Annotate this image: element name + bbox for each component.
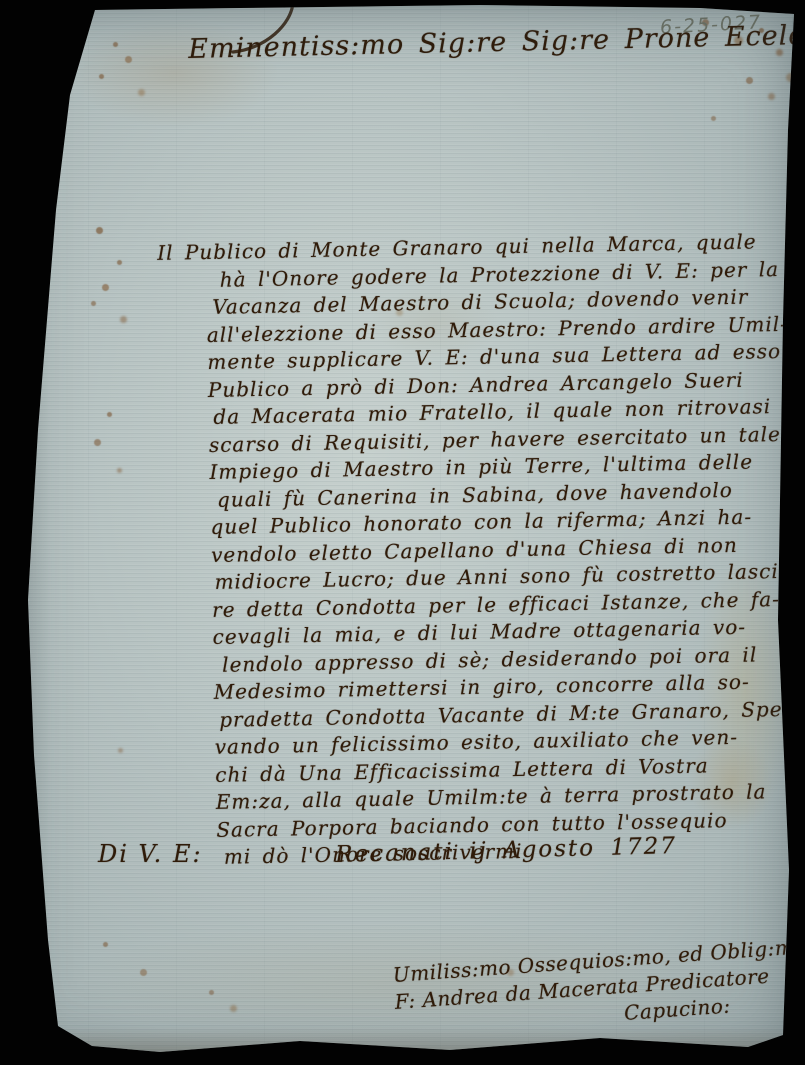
signature-block: Umiliss:mo Ossequios:mo, ed Oblig:mo Ser…: [392, 934, 797, 1043]
letter-page: 6-25-027 Eminentiss:mo Sig:re Sig:re Pro…: [0, 0, 805, 1065]
scan-background: 6-25-027 Eminentiss:mo Sig:re Sig:re Pro…: [0, 0, 805, 1065]
foxing-spots: [0, 0, 5, 5]
letter-body: Il Publico di Monte Granaro qui nella Ma…: [205, 228, 792, 871]
closing-abbreviation: Di V. E:: [98, 840, 203, 868]
